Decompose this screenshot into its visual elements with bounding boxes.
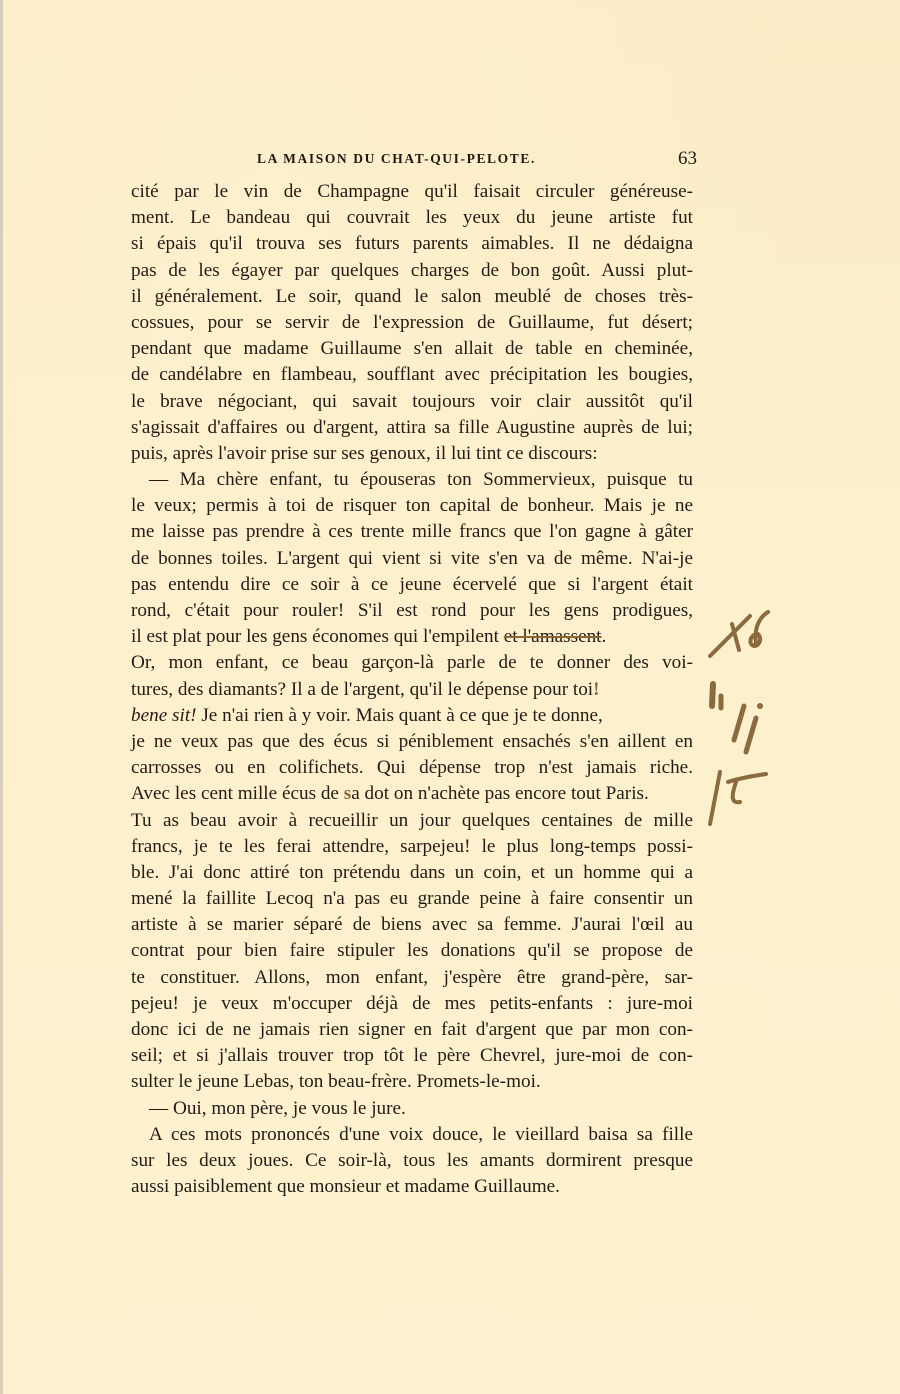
- text-segment: a dot on n'achète pas encore tout Paris.: [351, 783, 649, 804]
- text-line: rond, c'était pour rouler! S'il est rond…: [131, 598, 693, 624]
- text-line: je ne veux pas que des écus si pénibleme…: [131, 729, 693, 755]
- show-through-ink: [821, 320, 829, 348]
- margin-delete-mark: [706, 604, 776, 664]
- running-head-title: LA MAISON DU CHAT-QUI-PELOTE.: [257, 151, 536, 167]
- delete-mark-icon: [706, 604, 776, 664]
- text-line: Tu as beau avoir à recueillir un jour qu…: [131, 808, 693, 834]
- page-number: 63: [678, 148, 697, 170]
- letter-correction-icon: [706, 768, 776, 828]
- text-line: aussi paisiblement que monsieur et madam…: [131, 1174, 693, 1200]
- text-line: pendant que madame Guillaume s'en allait…: [131, 336, 693, 362]
- text-line-with-correction: tures, des diamants? Il a de l'argent, q…: [131, 677, 693, 703]
- text-segment: Je n'ai rien à y voir. Mais quant à ce q…: [201, 705, 602, 726]
- running-head: LA MAISON DU CHAT-QUI-PELOTE. 63: [257, 151, 697, 173]
- text-line: — Oui, mon père, je vous le jure.: [131, 1096, 693, 1122]
- body-text: cité par le vin de Champagne qu'il faisa…: [131, 179, 693, 1200]
- text-segment: il est plat pour les gens économes qui l…: [131, 626, 499, 647]
- text-line: sulter le jeune Lebas, ton beau-frère. P…: [131, 1069, 693, 1095]
- text-line: contrat pour bien faire stipuler les don…: [131, 938, 693, 964]
- text-line: carrosses ou en colifichets. Qui dépense…: [131, 755, 693, 781]
- text-line: ment. Le bandeau qui couvrait les yeux d…: [131, 205, 693, 231]
- inserted-exclamation: !: [593, 679, 599, 700]
- text-line-with-italic: bene sit! Je n'ai rien à y voir. Mais qu…: [131, 703, 693, 729]
- text-line: pejeu! je veux m'occuper déjà de mes pet…: [131, 991, 693, 1017]
- margin-letter-mark: [706, 768, 776, 828]
- text-line: cité par le vin de Champagne qu'il faisa…: [131, 179, 693, 205]
- text-line-with-deletion: il est plat pour les gens économes qui l…: [131, 624, 693, 650]
- text-line: artiste à se marier séparé de biens avec…: [131, 912, 693, 938]
- text-line: Or, mon enfant, ce beau garçon-là parle …: [131, 650, 693, 676]
- text-line: il généralement. Le soir, quand le salon…: [131, 284, 693, 310]
- text-segment: Avec les cent mille écus de: [131, 783, 339, 804]
- text-line: francs, je te les ferai attendre, sarpej…: [131, 834, 693, 860]
- text-line: donc ici de ne jamais rien signer en fai…: [131, 1017, 693, 1043]
- text-line: mené la faillite Lecoq n'a pas eu grande…: [131, 886, 693, 912]
- text-line: pas de les égayer par quelques charges d…: [131, 258, 693, 284]
- text-line: si épais qu'il trouva ses futurs parents…: [131, 231, 693, 257]
- italic-phrase: bene sit!: [131, 705, 197, 726]
- text-line: s'agissait d'affaires ou d'argent, attir…: [131, 415, 693, 441]
- text-line: A ces mots prononcés d'une voix douce, l…: [131, 1122, 693, 1148]
- text-line: pas entendu dire ce soir à ce jeune écer…: [131, 572, 693, 598]
- book-page: LA MAISON DU CHAT-QUI-PELOTE. 63 cité pa…: [0, 0, 900, 1394]
- exclamation-mark-icon: [706, 676, 776, 756]
- struck-text: et l'amassent: [504, 626, 602, 647]
- text-line: me laisse pas prendre à ces trente mille…: [131, 519, 693, 545]
- text-line: cossues, pour se servir de l'expression …: [131, 310, 693, 336]
- text-line: sur les deux joues. Ce soir-là, tous les…: [131, 1148, 693, 1174]
- text-line: ble. J'ai donc attiré ton prétendu dans …: [131, 860, 693, 886]
- period: .: [602, 626, 607, 647]
- text-line: seil; et si j'allais trouver trop tôt le…: [131, 1043, 693, 1069]
- text-line: te constituer. Allons, mon enfant, j'esp…: [131, 965, 693, 991]
- margin-punctuation-mark: [706, 676, 776, 756]
- text-segment: tures, des diamants? Il a de l'argent, q…: [131, 679, 593, 700]
- text-line-with-correction: Avec les cent mille écus de sa dot on n'…: [131, 781, 693, 807]
- text-line: le veux; permis à toi de risquer ton cap…: [131, 493, 693, 519]
- text-line: le brave négociant, qui savait toujours …: [131, 389, 693, 415]
- text-line: de candélabre en flambeau, soufflant ave…: [131, 362, 693, 388]
- text-line: — Ma chère enfant, tu épouseras ton Somm…: [131, 467, 693, 493]
- text-line: de bonnes toiles. L'argent qui vient si …: [131, 546, 693, 572]
- text-line: puis, après l'avoir prise sur ses genoux…: [131, 441, 693, 467]
